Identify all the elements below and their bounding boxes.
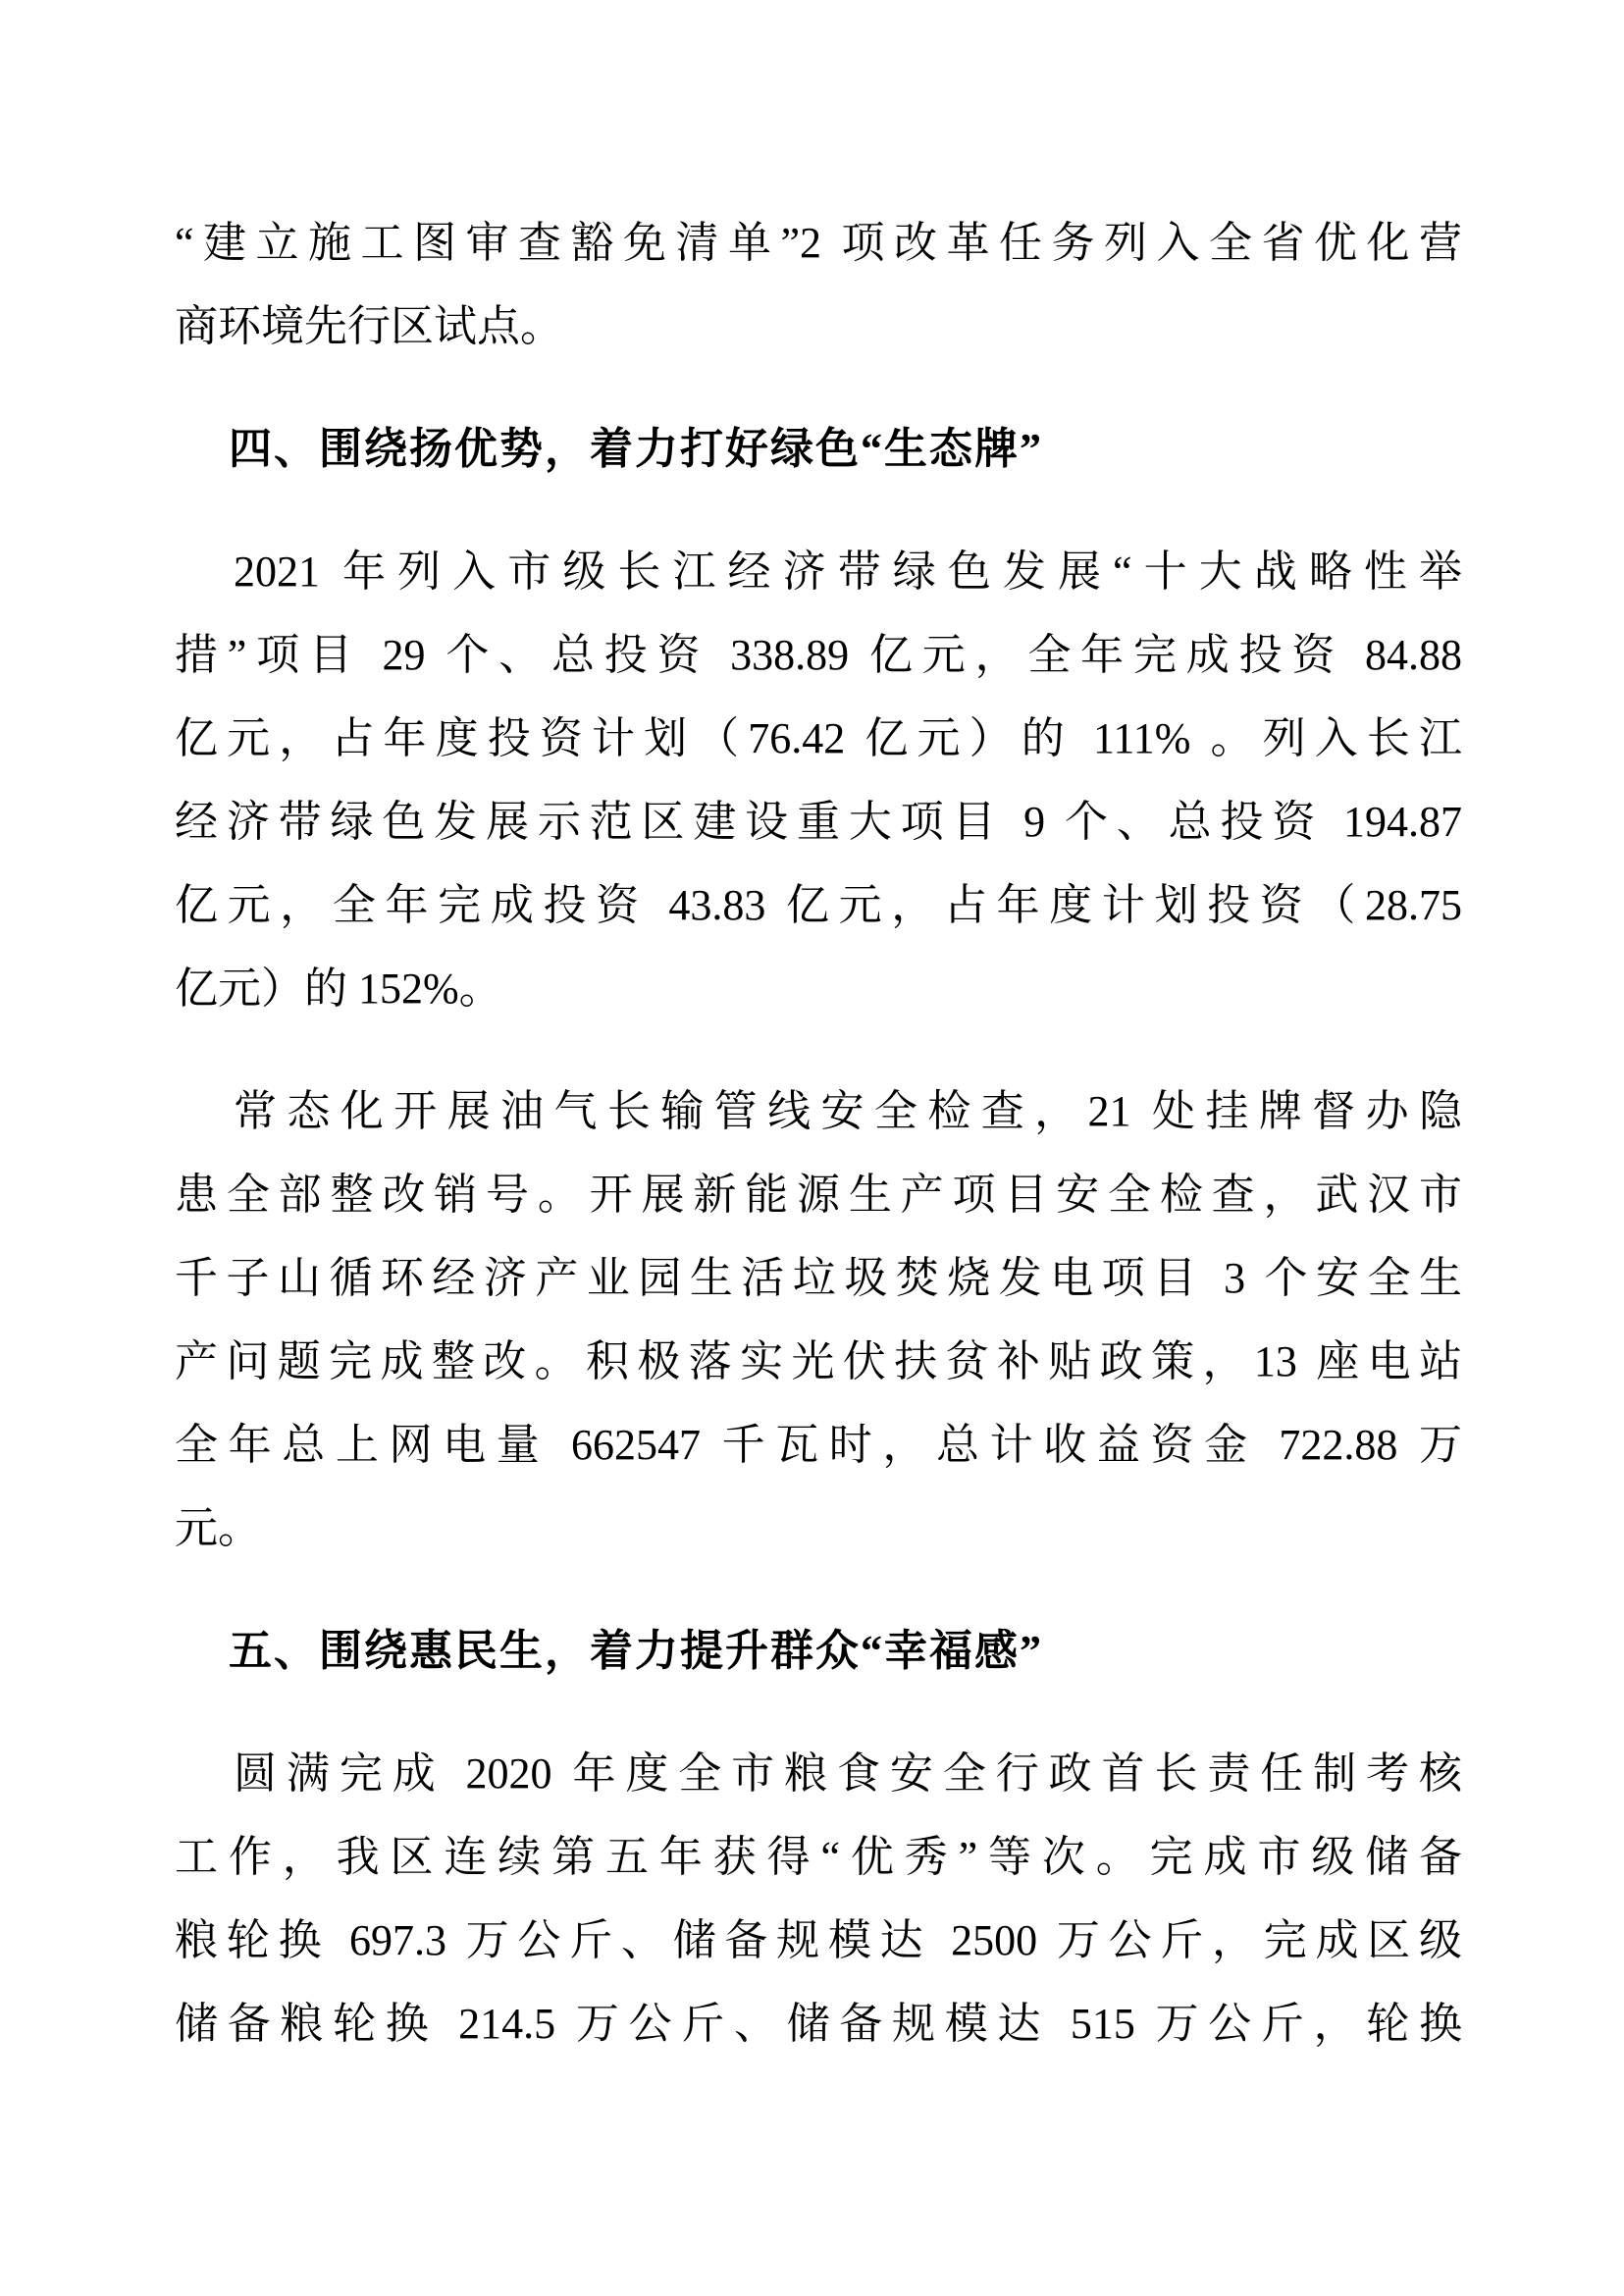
- text-line: 措”项目 29 个、总投资 338.89 亿元，全年完成投资 84.88: [175, 613, 1462, 697]
- text-line: 患全部整改销号。开展新能源生产项目安全检查，武汉市: [175, 1153, 1462, 1236]
- body-paragraph-green-development: 2021 年列入市级长江经济带绿色发展“十大战略性举 措”项目 29 个、总投资…: [175, 530, 1462, 1030]
- text-line: 粮轮换 697.3 万公斤、储备规模达 2500 万公斤，完成区级: [175, 1899, 1462, 1982]
- text-line: “建立施工图审查豁免清单”2 项改革任务列入全省优化营: [175, 201, 1462, 285]
- text-line: 亿元，占年度投资计划（76.42 亿元）的 111% 。列入长江: [175, 697, 1462, 780]
- text-line: 元。: [175, 1487, 1462, 1570]
- text-line: 亿元）的 152%。: [175, 947, 1462, 1030]
- text-line: 商环境先行区试点。: [175, 285, 1462, 368]
- text-line: 工作，我区连续第五年获得“优秀”等次。完成市级储备: [175, 1815, 1462, 1899]
- section-heading-5: 五、围绕惠民生，着力提升群众“幸福感”: [175, 1609, 1462, 1693]
- body-paragraph-continuation: “建立施工图审查豁免清单”2 项改革任务列入全省优化营 商环境先行区试点。: [175, 201, 1462, 368]
- text-line: 产问题完成整改。积极落实光伏扶贫补贴政策，13 座电站: [175, 1320, 1462, 1403]
- text-line: 常态化开展油气长输管线安全检查，21 处挂牌督办隐: [175, 1070, 1462, 1153]
- body-paragraph-safety-inspection: 常态化开展油气长输管线安全检查，21 处挂牌督办隐 患全部整改销号。开展新能源生…: [175, 1070, 1462, 1570]
- section-heading-4: 四、围绕扬优势，着力打好绿色“生态牌”: [175, 407, 1462, 491]
- text-line: 全年总上网电量 662547 千瓦时，总计收益资金 722.88 万: [175, 1403, 1462, 1487]
- text-line: 储备粮轮换 214.5 万公斤、储备规模达 515 万公斤，轮换: [175, 1982, 1462, 2065]
- text-line: 经济带绿色发展示范区建设重大项目 9 个、总投资 194.87: [175, 780, 1462, 863]
- text-line: 千子山循环经济产业园生活垃圾焚烧发电项目 3 个安全生: [175, 1236, 1462, 1320]
- document-page: “建立施工图审查豁免清单”2 项改革任务列入全省优化营 商环境先行区试点。 四、…: [0, 0, 1624, 2296]
- text-line: 圆满完成 2020 年度全市粮食安全行政首长责任制考核: [175, 1732, 1462, 1815]
- text-line: 亿元，全年完成投资 43.83 亿元，占年度计划投资（28.75: [175, 863, 1462, 947]
- text-line: 2021 年列入市级长江经济带绿色发展“十大战略性举: [175, 530, 1462, 613]
- body-paragraph-grain-security: 圆满完成 2020 年度全市粮食安全行政首长责任制考核 工作，我区连续第五年获得…: [175, 1732, 1462, 2065]
